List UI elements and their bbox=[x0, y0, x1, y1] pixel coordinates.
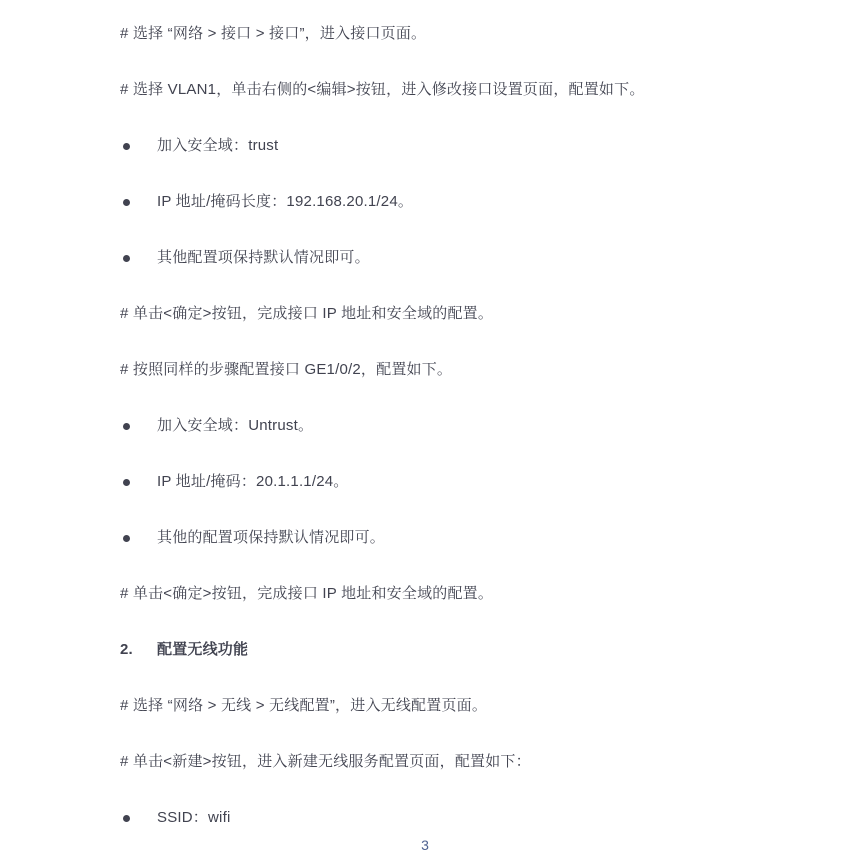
bullet-text: SSID：wifi bbox=[157, 808, 230, 828]
document-body: # 选择 “网络 > 接口 > 接口”，进入接口页面。# 选择 VLAN1，单击… bbox=[0, 0, 850, 828]
bullet-icon bbox=[123, 479, 130, 486]
bullet-text: 加入安全域：Untrust。 bbox=[157, 416, 313, 436]
bullet-item: 其他的配置项保持默认情况即可。 bbox=[120, 528, 750, 548]
bullet-text: IP 地址/掩码长度：192.168.20.1/24。 bbox=[157, 192, 413, 212]
page-number: 3 bbox=[0, 836, 850, 854]
bullet-icon bbox=[123, 199, 130, 206]
bullet-text: 其他的配置项保持默认情况即可。 bbox=[157, 528, 385, 548]
bullet-text: 加入安全域：trust bbox=[157, 136, 278, 156]
bullet-text: IP 地址/掩码：20.1.1.1/24。 bbox=[157, 472, 349, 492]
bullet-icon bbox=[123, 535, 130, 542]
section-heading: 2.配置无线功能 bbox=[120, 640, 750, 660]
bullet-item: IP 地址/掩码长度：192.168.20.1/24。 bbox=[120, 192, 750, 212]
bullet-item: 加入安全域：Untrust。 bbox=[120, 416, 750, 436]
section-heading-number: 2. bbox=[120, 640, 157, 660]
paragraph: # 选择 VLAN1，单击右侧的<编辑>按钮，进入修改接口设置页面，配置如下。 bbox=[120, 80, 750, 100]
bullet-item: 加入安全域：trust bbox=[120, 136, 750, 156]
paragraph: # 单击<确定>按钮，完成接口 IP 地址和安全域的配置。 bbox=[120, 304, 750, 324]
paragraph: # 单击<新建>按钮，进入新建无线服务配置页面，配置如下： bbox=[120, 752, 750, 772]
bullet-item: IP 地址/掩码：20.1.1.1/24。 bbox=[120, 472, 750, 492]
bullet-icon bbox=[123, 815, 130, 822]
bullet-icon bbox=[123, 143, 130, 150]
bullet-icon bbox=[123, 423, 130, 430]
document-page: # 选择 “网络 > 接口 > 接口”，进入接口页面。# 选择 VLAN1，单击… bbox=[0, 0, 850, 868]
section-heading-text: 配置无线功能 bbox=[157, 641, 248, 658]
bullet-item: 其他配置项保持默认情况即可。 bbox=[120, 248, 750, 268]
paragraph: # 按照同样的步骤配置接口 GE1/0/2，配置如下。 bbox=[120, 360, 750, 380]
paragraph: # 选择 “网络 > 无线 > 无线配置”，进入无线配置页面。 bbox=[120, 696, 750, 716]
paragraph: # 选择 “网络 > 接口 > 接口”，进入接口页面。 bbox=[120, 24, 750, 44]
bullet-icon bbox=[123, 255, 130, 262]
paragraph: # 单击<确定>按钮，完成接口 IP 地址和安全域的配置。 bbox=[120, 584, 750, 604]
bullet-text: 其他配置项保持默认情况即可。 bbox=[157, 248, 370, 268]
bullet-item: SSID：wifi bbox=[120, 808, 750, 828]
